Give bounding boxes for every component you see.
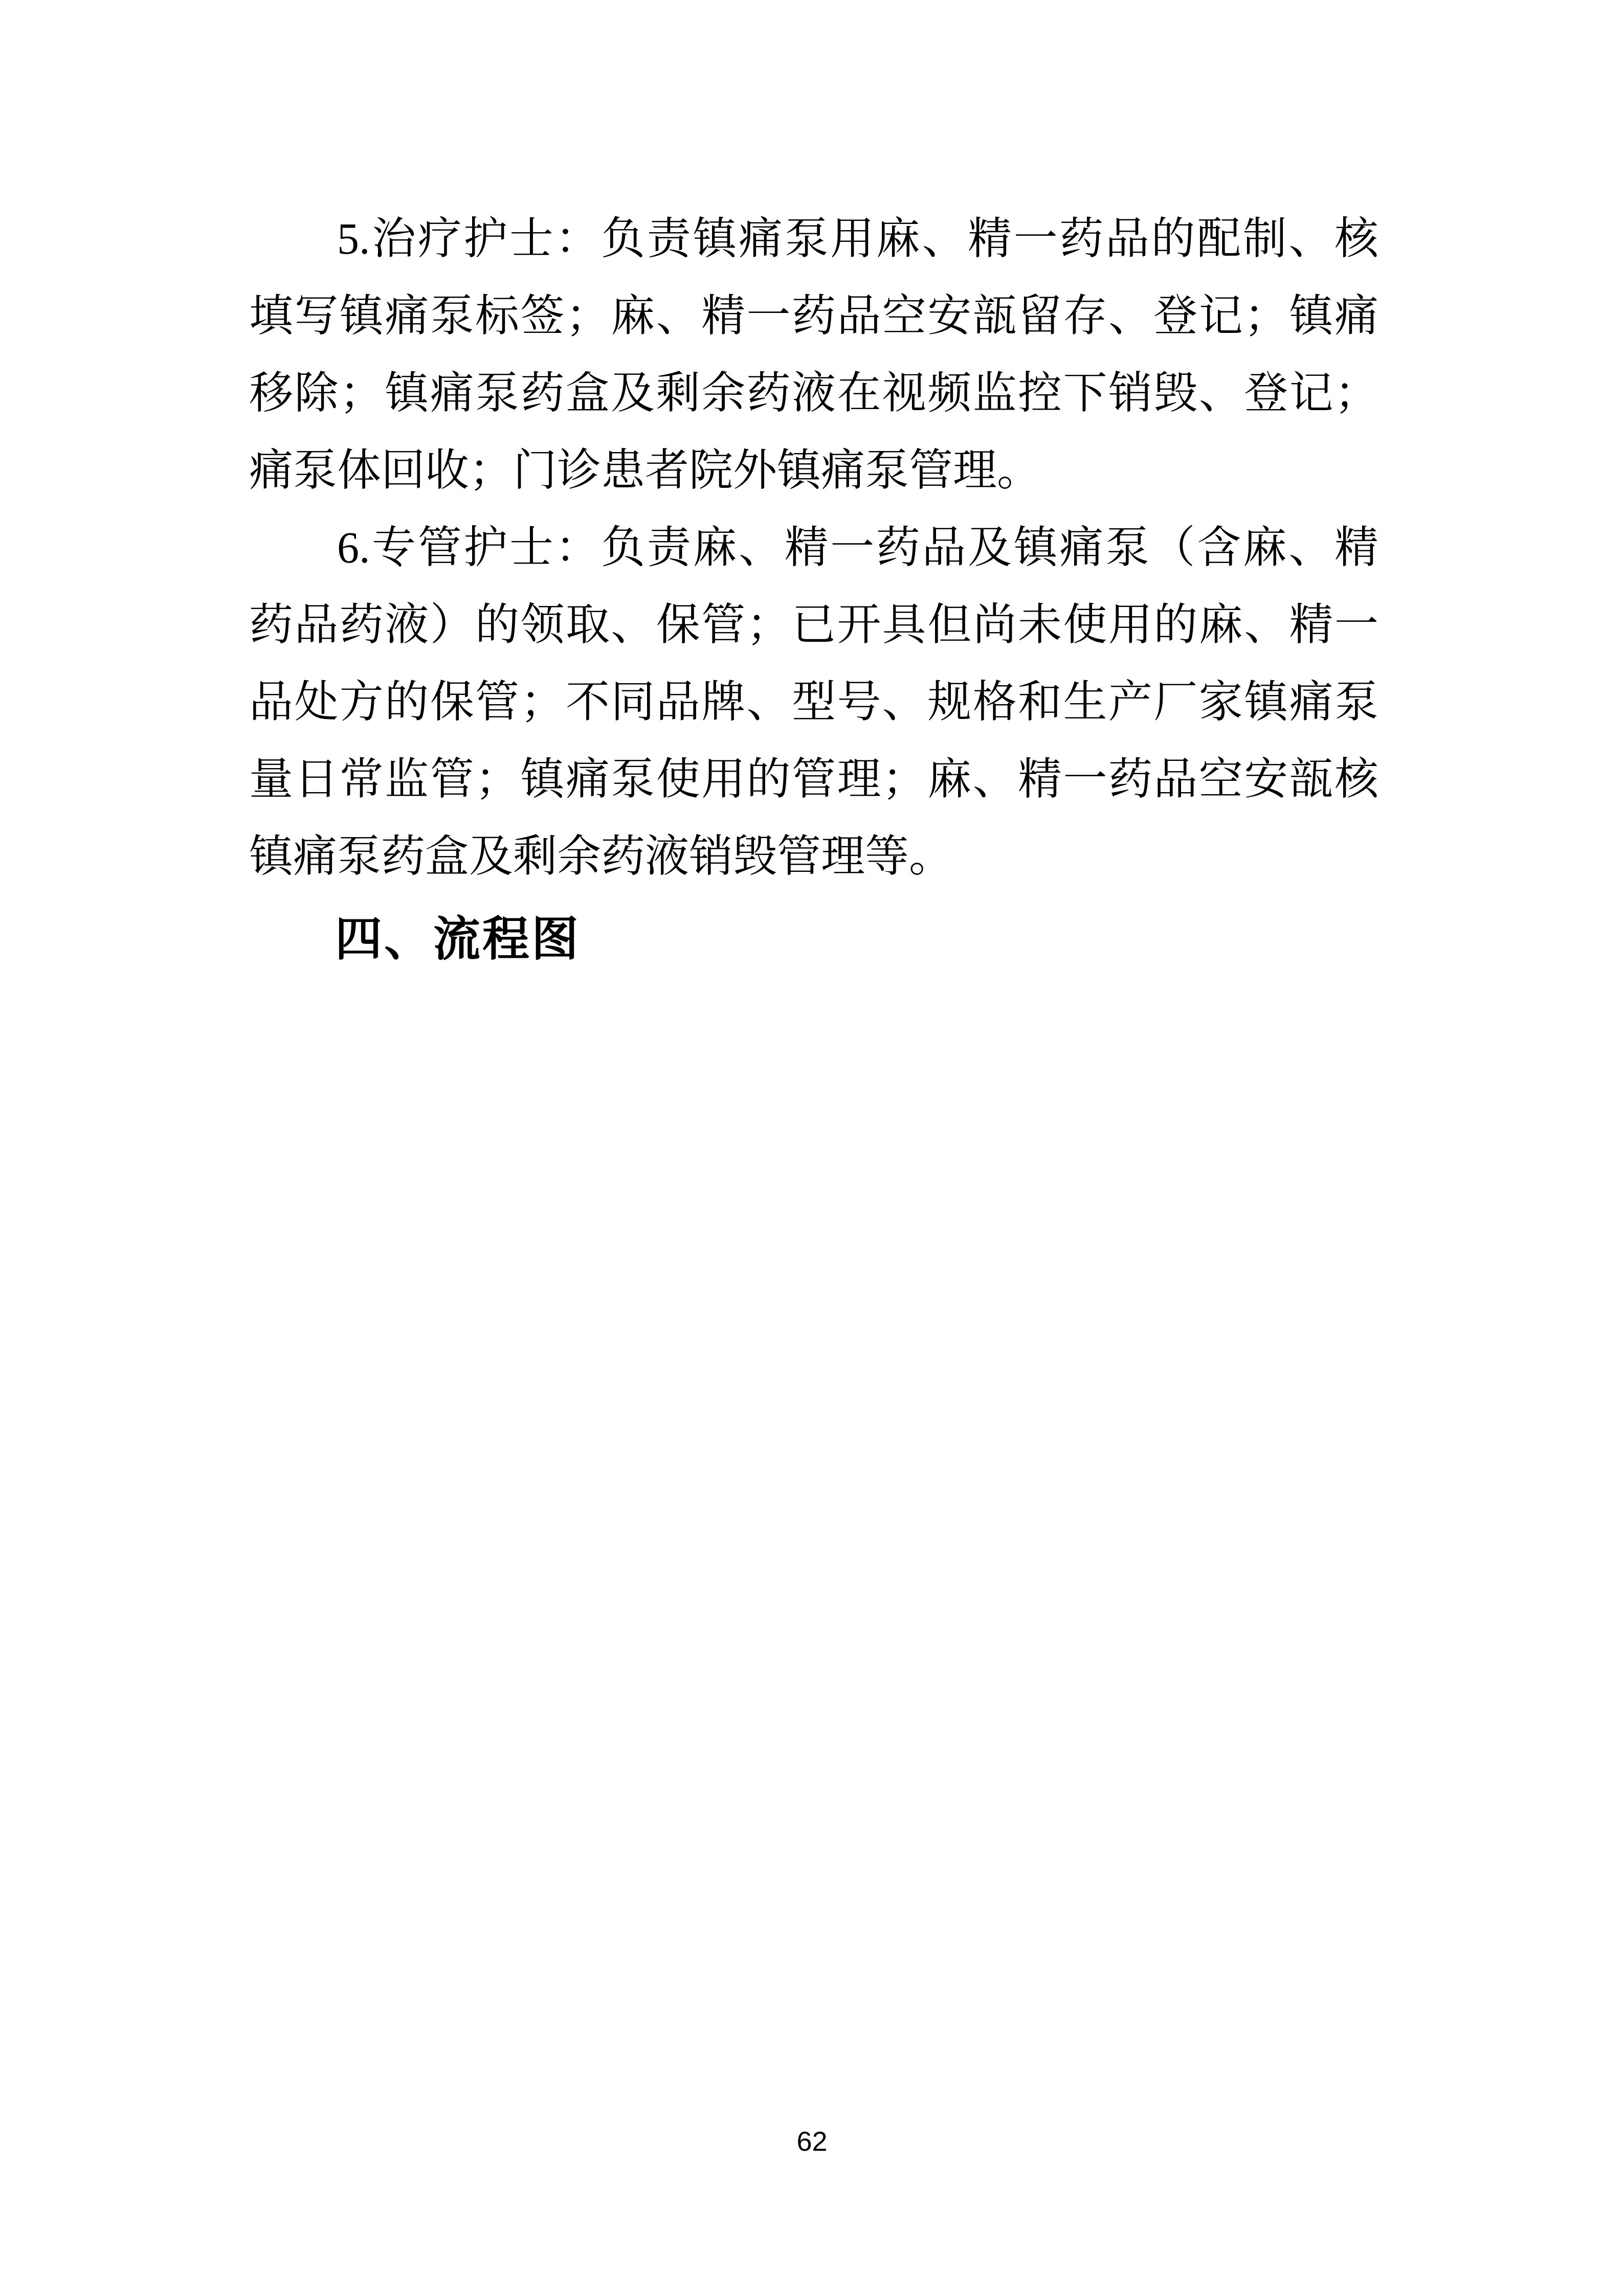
text-line: 5.治疗护士：负责镇痛泵用麻、精一药品的配制、核对； (249, 200, 1378, 278)
text-line: 品处方的保管；不同品牌、型号、规格和生产厂家镇痛泵质 (249, 664, 1378, 741)
page-footer: 62 (0, 2126, 1624, 2157)
text-line: 填写镇痛泵标签；麻、精一药品空安瓿留存、登记；镇痛泵 (249, 278, 1378, 355)
paragraph: 6.专管护士：负责麻、精一药品及镇痛泵（含麻、精一药品药液）的领取、保管；已开具… (249, 509, 1378, 895)
text-line: 6.专管护士：负责麻、精一药品及镇痛泵（含麻、精一 (249, 509, 1378, 587)
paragraph: 5.治疗护士：负责镇痛泵用麻、精一药品的配制、核对；填写镇痛泵标签；麻、精一药品… (249, 200, 1378, 509)
text-line: 痛泵体回收；门诊患者院外镇痛泵管理。 (249, 432, 1378, 509)
page-number: 62 (796, 2126, 827, 2157)
document-page: 5.治疗护士：负责镇痛泵用麻、精一药品的配制、核对；填写镇痛泵标签；麻、精一药品… (0, 0, 1624, 2296)
text-line: 药品药液）的领取、保管；已开具但尚未使用的麻、精一药 (249, 587, 1378, 664)
text-line: 移除；镇痛泵药盒及剩余药液在视频监控下销毁、登记；镇 (249, 355, 1378, 432)
document-body: 5.治疗护士：负责镇痛泵用麻、精一药品的配制、核对；填写镇痛泵标签；麻、精一药品… (249, 200, 1378, 895)
section-heading: 四、流程图 (249, 901, 1378, 978)
text-line: 量日常监管；镇痛泵使用的管理；麻、精一药品空安瓿核对； (249, 741, 1378, 818)
text-line: 镇痛泵药盒及剩余药液销毁管理等。 (249, 818, 1378, 895)
